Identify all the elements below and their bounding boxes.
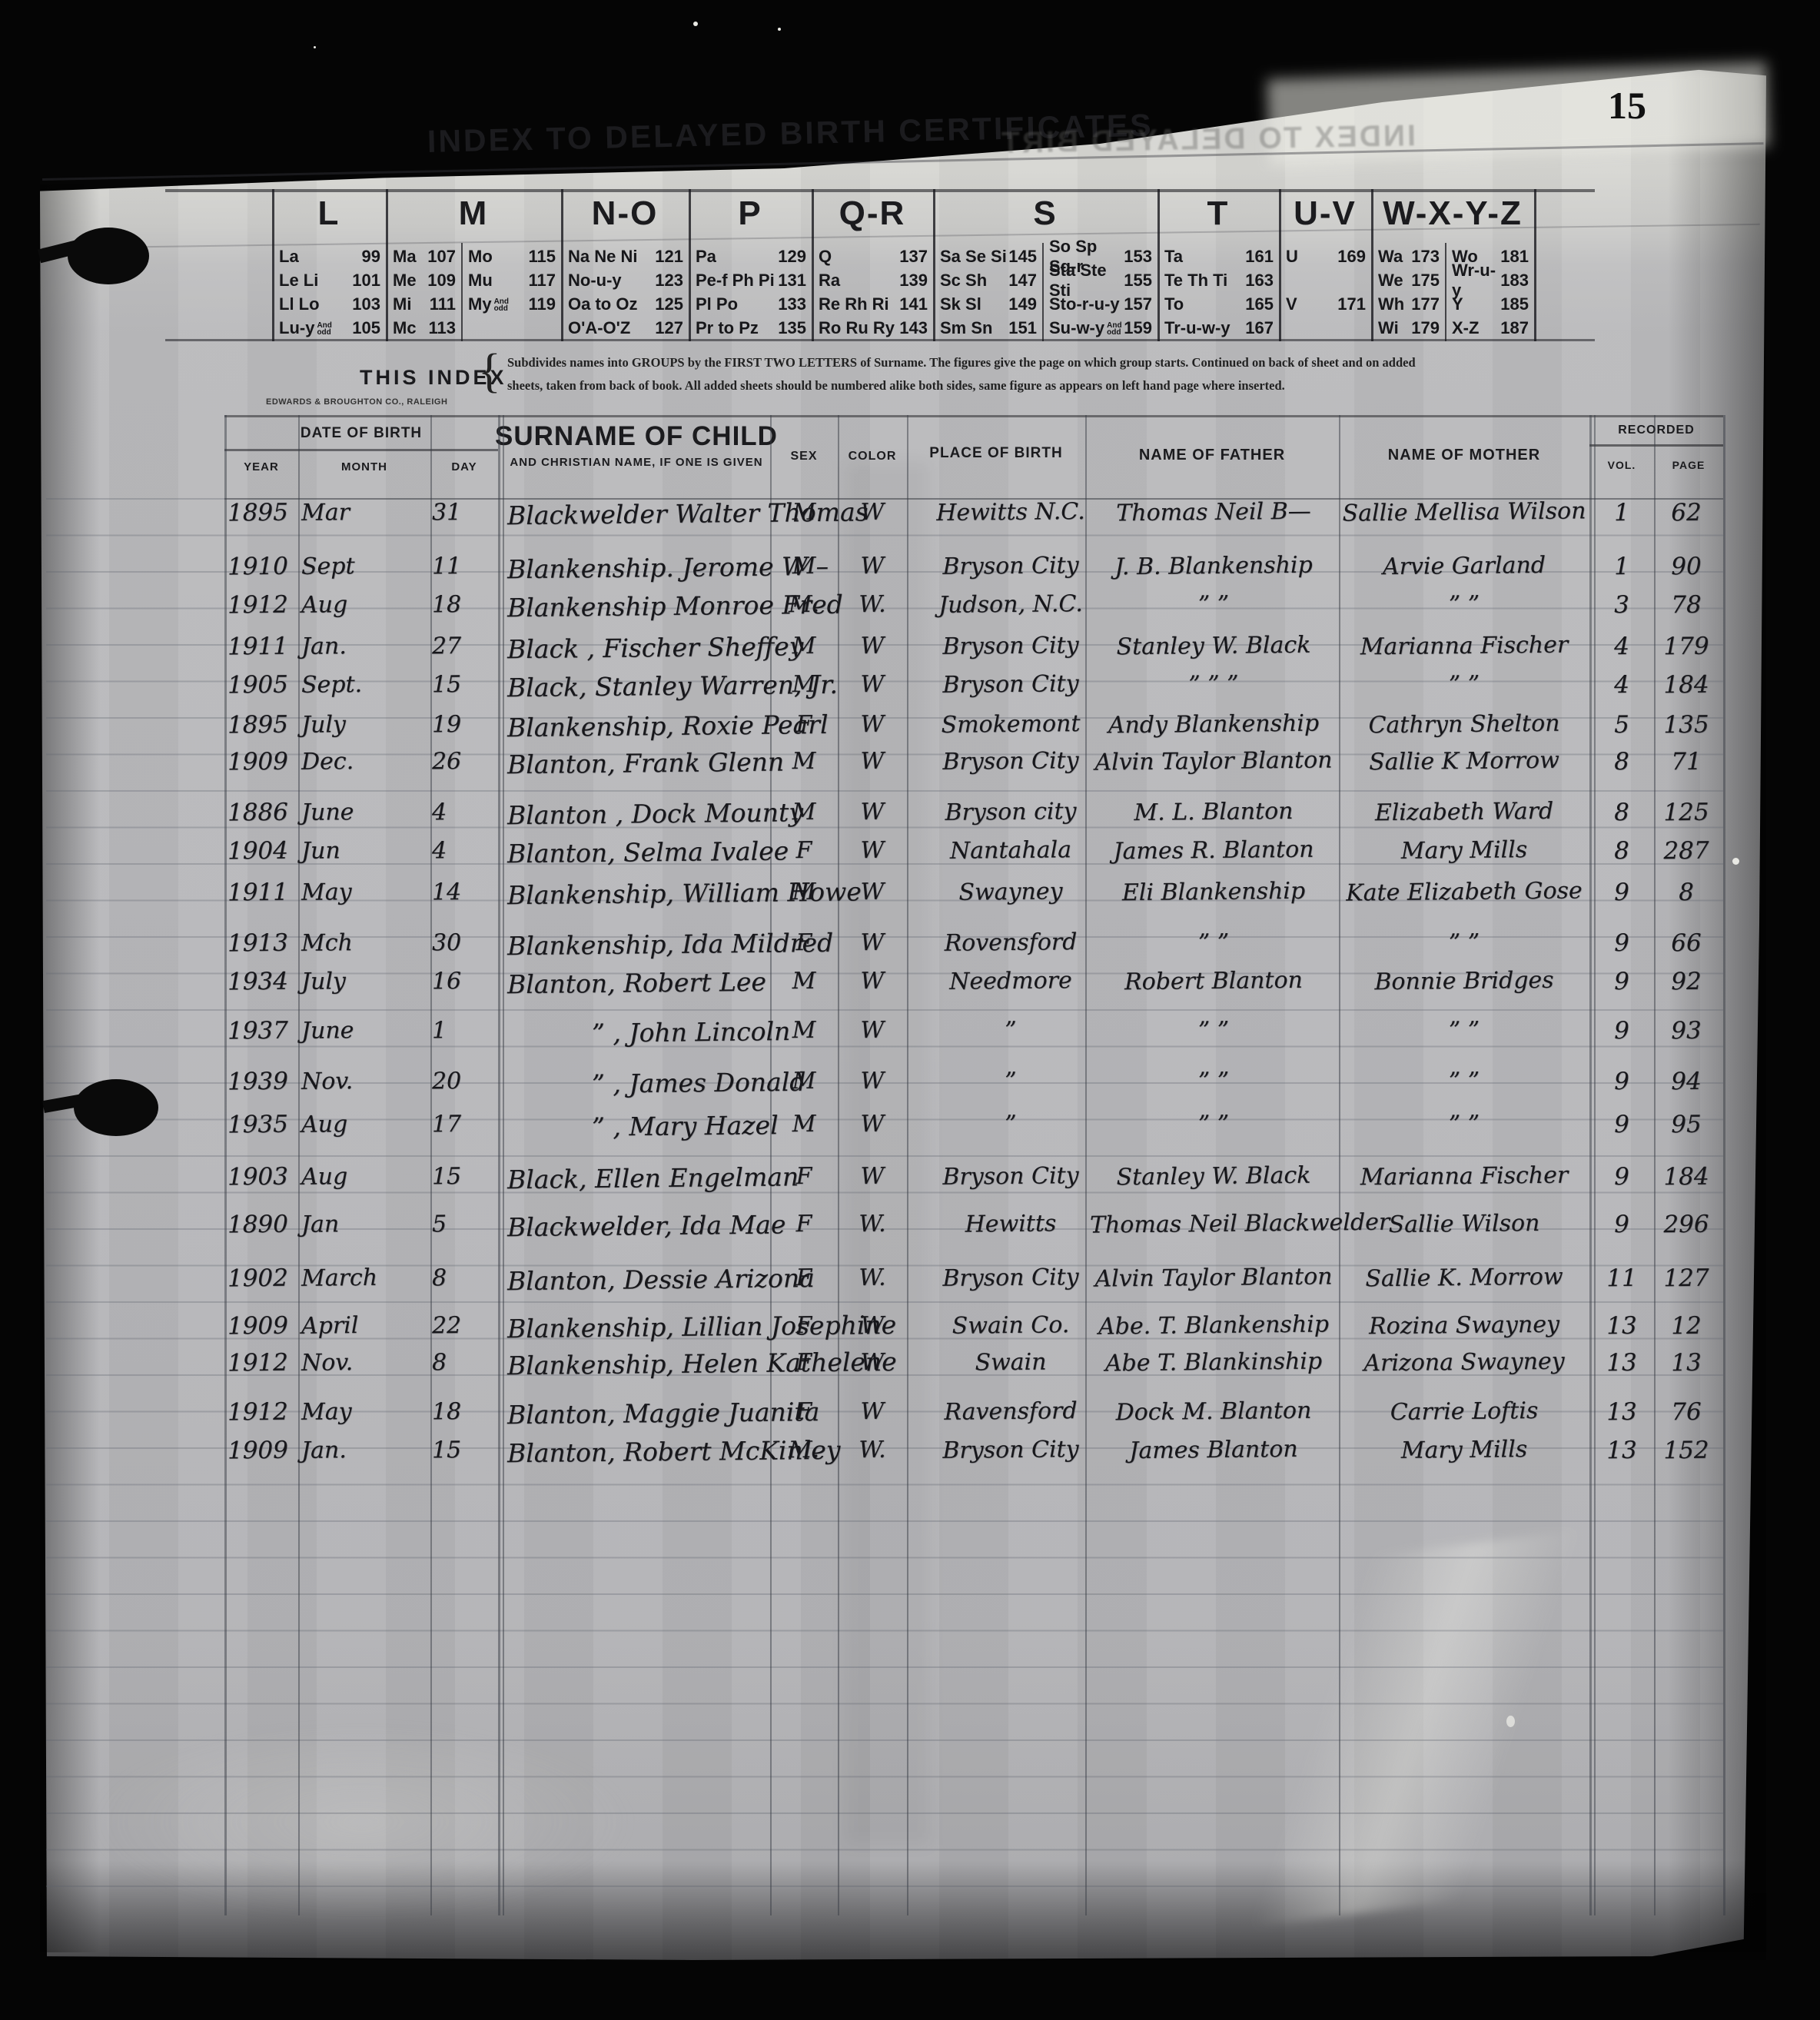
index-entry: Sk Sl149 [933, 292, 1042, 316]
cell-year: 1934 [227, 970, 298, 995]
cell-month: Aug [301, 1112, 427, 1137]
index-entry-label: Mi [393, 294, 411, 314]
index-entry-label: Me [393, 271, 417, 291]
cell-father: Stanley W. Black [1090, 633, 1337, 659]
cell-pg: 90 [1652, 555, 1720, 580]
header-sex: SEX [772, 450, 836, 463]
index-entry-page: 171 [1337, 294, 1366, 314]
cell-day: 30 [432, 932, 495, 955]
index-entry-page: 111 [430, 294, 456, 314]
index-entry: Q137 [812, 244, 933, 268]
cell-month: July [301, 969, 427, 994]
cell-pg: 127 [1652, 1267, 1720, 1291]
cell-pg: 179 [1652, 635, 1720, 659]
index-entry: Na Ne Ni121 [561, 244, 689, 268]
cell-year: 1902 [227, 1267, 298, 1291]
cell-father: Eli Blankenship [1090, 879, 1337, 905]
cell-sex: F [772, 1351, 836, 1375]
cell-color: W. [839, 1267, 905, 1291]
cell-pg: 184 [1652, 673, 1720, 698]
index-group-letter: P [689, 197, 812, 231]
index-entry-label: Pe-f Ph Pi [696, 271, 775, 291]
cell-day: 4 [432, 801, 495, 825]
index-entry-page: 101 [352, 271, 380, 291]
index-entry: Sto-r-u-y157 [1042, 292, 1157, 316]
cell-vol: 5 [1592, 713, 1651, 738]
cell-father: Stanley W. Black [1090, 1164, 1337, 1189]
index-entry-page: 175 [1411, 271, 1440, 291]
cell-vol: 3 [1592, 593, 1651, 618]
cell-father: J. B. Blankenship [1090, 553, 1337, 579]
cell-mother: Cathryn Shelton [1342, 712, 1586, 737]
cell-mother: Elizabeth Ward [1342, 799, 1586, 825]
cell-mother: Bonnie Bridges [1342, 968, 1586, 994]
index-entry: We175 [1371, 268, 1445, 292]
cell-mother: Sallie Wilson [1342, 1211, 1586, 1237]
cell-pg: 287 [1652, 839, 1720, 864]
cell-pg: 71 [1652, 750, 1720, 775]
cell-vol: 8 [1592, 750, 1651, 775]
cell-day: 15 [432, 1165, 495, 1189]
cell-pg: 62 [1652, 501, 1720, 526]
ledger-column-line [298, 415, 300, 1915]
index-group-letter: S [933, 197, 1157, 231]
cell-day: 27 [432, 635, 495, 659]
index-entry: Ma107 [386, 244, 461, 268]
header-year: YEAR [224, 461, 298, 473]
index-entry: Me109 [386, 268, 461, 292]
index-entry-label: Le Li [279, 271, 318, 291]
index-entry-and-odd-note: Andodd [494, 298, 509, 312]
cell-sex: F [772, 1213, 836, 1237]
cell-pg: 135 [1652, 713, 1720, 738]
film-speck [693, 22, 698, 26]
index-entry-label: V [1286, 294, 1297, 314]
header-date-of-birth: DATE OF BIRTH [224, 426, 498, 440]
cell-pg: 93 [1652, 1019, 1720, 1044]
index-entry-page: 169 [1337, 247, 1366, 267]
index-entry: Sta Ste Sti155 [1042, 268, 1157, 292]
film-speck [314, 46, 316, 48]
index-entry-label: Pr to Pz [696, 318, 759, 338]
cell-place: Bryson City [912, 1266, 1110, 1291]
index-entry-page: 183 [1500, 271, 1529, 291]
index-entry-page: 159 [1124, 318, 1152, 338]
index-entry-page: 103 [352, 294, 380, 314]
index-entry: Oa to Oz125 [561, 292, 689, 316]
index-entry-label: Pl Po [696, 294, 738, 314]
cell-father: ” ” [1090, 1068, 1337, 1094]
index-entry: Sm Sn151 [933, 316, 1042, 340]
microfilm-scan: INDEX TO DELAYED BIRTH CERTIFICATES INDE… [0, 0, 1820, 2020]
cell-father: ” ” [1090, 1111, 1337, 1137]
cell-mother: Mary Mills [1342, 1437, 1586, 1463]
cell-mother: Mary Mills [1342, 838, 1586, 863]
cell-sex: F [772, 1165, 836, 1189]
cell-color: W [839, 1400, 905, 1424]
cell-color: W [839, 713, 905, 737]
ledger-column-line [503, 415, 504, 1915]
index-entry-page: 155 [1124, 271, 1152, 291]
cell-place: Rovensford [912, 931, 1110, 956]
index-entry-label: Ta [1164, 247, 1183, 267]
cell-place: Hewitts [912, 1212, 1110, 1238]
index-entry-page: 187 [1500, 318, 1529, 338]
cell-month: Sept. [301, 673, 427, 697]
cell-mother: Marianna Fischer [1342, 1164, 1586, 1189]
index-entry-label: Oa to Oz [568, 294, 637, 314]
cell-sex: M [772, 635, 836, 659]
cell-sex: M. [772, 1439, 836, 1463]
index-note-line1: Subdivides names into GROUPS by the FIRS… [507, 355, 1476, 370]
index-group-letter: L [272, 197, 386, 231]
cell-day: 5 [432, 1213, 495, 1237]
index-entry: Ta161 [1157, 244, 1279, 268]
header-surname-sub: AND CHRISTIAN NAME, IF ONE IS GIVEN [471, 457, 802, 468]
cell-father: Thomas Neil B— [1090, 500, 1337, 525]
index-entry: Sa Se Si145 [933, 244, 1042, 268]
cell-place: ” [912, 1018, 1110, 1044]
index-entry-label: Sto-r-u-y [1049, 294, 1120, 314]
cell-father: Alvin Taylor Blanton [1090, 1265, 1337, 1291]
cell-father: Thomas Neil Blackwelder [1090, 1211, 1337, 1237]
cell-father: ” ” [1090, 1018, 1337, 1043]
cell-place: Nantahala [912, 839, 1110, 864]
header-color: COLOR [839, 450, 905, 463]
index-entry-label: La [279, 247, 299, 267]
cell-month: Nov. [301, 1069, 427, 1094]
cell-day: 1 [432, 1019, 495, 1043]
cell-father: Andy Blankenship [1090, 712, 1337, 737]
index-entry: Mi111 [386, 292, 461, 316]
cell-mother: Sallie K. Morrow [1342, 1265, 1586, 1291]
cell-sex: F [772, 1267, 836, 1291]
cell-color: W [839, 1165, 905, 1189]
header-surname: SURNAME OF CHILD [471, 423, 802, 450]
cell-mother: Marianna Fischer [1342, 633, 1586, 659]
cell-sex: F [772, 839, 836, 863]
cell-vol: 9 [1592, 1019, 1651, 1044]
index-entry-page: 167 [1245, 318, 1274, 338]
index-entry: Pl Po133 [689, 292, 812, 316]
cell-year: 1913 [227, 932, 298, 956]
film-speck [778, 28, 781, 31]
cell-father: Alvin Taylor Blanton [1090, 749, 1337, 774]
index-entry: Tr-u-w-y167 [1157, 316, 1279, 340]
index-entry: Ro Ru Ry143 [812, 316, 933, 340]
cell-pg: 12 [1652, 1314, 1720, 1339]
cell-color: W [839, 1351, 905, 1375]
cell-vol: 11 [1592, 1267, 1651, 1291]
cell-sex: M [772, 881, 836, 905]
cell-father: Abe. T. Blankenship [1090, 1313, 1337, 1338]
cell-mother: ” ” [1342, 930, 1586, 955]
cell-color: W [839, 555, 905, 579]
index-entry: Pa129 [689, 244, 812, 268]
index-entry-and-odd-note: Andodd [317, 322, 331, 336]
index-entry: Ra139 [812, 268, 933, 292]
index-entry-label: Ra [819, 271, 840, 291]
index-entry-label: Q [819, 247, 832, 267]
index-entry-label: Wh [1378, 294, 1404, 314]
cell-sex: M [772, 1070, 836, 1094]
index-entry-page: 141 [899, 294, 928, 314]
header-vol: VOL. [1589, 460, 1654, 470]
date-underline [224, 449, 498, 451]
index-entry-and-odd-note: Andodd [1107, 322, 1121, 336]
cell-day: 15 [432, 1439, 495, 1463]
cell-mother: ” ” [1342, 592, 1586, 617]
cell-vol: 9 [1592, 1070, 1651, 1095]
index-group-letter: W-X-Y-Z [1371, 197, 1534, 231]
cell-place: Bryson City [912, 749, 1110, 775]
index-entry-page: 113 [429, 318, 457, 338]
index-entry-page: 181 [1500, 247, 1529, 267]
cell-sex: F [772, 1400, 836, 1424]
index-entry-page: 147 [1008, 271, 1037, 291]
cell-day: 20 [432, 1070, 495, 1094]
cell-month: July [301, 713, 427, 737]
cell-month: Aug [301, 593, 427, 617]
cell-sex: M [772, 1019, 836, 1043]
index-entry-label: Tr-u-w-y [1164, 318, 1230, 338]
index-entry-page: 131 [778, 271, 806, 291]
cell-place: Ravensford [912, 1400, 1110, 1425]
cell-color: W [839, 881, 905, 905]
cell-month: Mch [301, 931, 427, 955]
cell-year: 1890 [227, 1213, 298, 1238]
index-entry-page: 125 [655, 294, 683, 314]
index-entry-page: 145 [1008, 247, 1037, 267]
index-entry-page: 151 [1008, 318, 1037, 338]
header-mother: NAME OF MOTHER [1339, 447, 1589, 463]
cell-pg: 66 [1652, 932, 1720, 956]
cell-place: Bryson City [912, 1164, 1110, 1190]
cell-month: Dec. [301, 749, 427, 774]
cell-year: 1912 [227, 1400, 298, 1425]
index-entry-page: 109 [427, 271, 456, 291]
index-entry-page: 143 [899, 318, 928, 338]
ghost-title-bleedthrough: INDEX TO DELAYED BIRT [999, 121, 1416, 158]
cell-pg: 92 [1652, 970, 1720, 995]
index-entry-label: Sk Sl [940, 294, 981, 314]
cell-year: 1895 [227, 501, 298, 526]
index-entry-label: Pa [696, 247, 716, 267]
index-entry-page: 185 [1500, 294, 1529, 314]
cell-vol: 8 [1592, 839, 1651, 864]
cell-vol: 9 [1592, 970, 1651, 995]
cell-sex: M [772, 501, 836, 525]
cell-father: James Blanton [1090, 1437, 1337, 1463]
index-entry: X-Z187 [1445, 316, 1534, 340]
cell-place: Swayney [912, 880, 1110, 905]
cell-vol: 9 [1592, 1213, 1651, 1238]
cell-mother: Kate Elizabeth Gose [1342, 879, 1586, 905]
cell-sex: M [772, 555, 836, 579]
cell-month: June [301, 800, 427, 825]
cell-vol: 4 [1592, 673, 1651, 698]
cell-father: ” ” [1090, 592, 1337, 617]
index-entry-label: To [1164, 294, 1184, 314]
cell-father: M. L. Blanton [1090, 799, 1337, 825]
index-group-letter: N-O [561, 197, 689, 231]
index-entry-label: X-Z [1452, 318, 1479, 338]
cell-mother: Rozina Swayney [1342, 1313, 1586, 1338]
index-group-letter: M [386, 197, 561, 231]
index-entry-page: 129 [778, 247, 806, 267]
cell-mother: Carrie Loftis [1342, 1399, 1586, 1424]
index-entry-page: 135 [778, 318, 806, 338]
ledger-column-line [1589, 415, 1592, 1915]
index-entry: Mu117 [461, 268, 561, 292]
index-entry: Mo115 [461, 244, 561, 268]
index-entry-label: Lu-yAndodd [279, 318, 332, 338]
cell-day: 18 [432, 1400, 495, 1424]
index-entry-page: 99 [362, 247, 380, 267]
cell-sex: M [772, 801, 836, 825]
ledger-column-line [907, 415, 908, 1915]
cell-color: W [839, 801, 905, 825]
index-entry-label: Ma [393, 247, 417, 267]
cell-month: May [301, 1400, 427, 1424]
index-entry: Le Li101 [272, 268, 386, 292]
cell-day: 16 [432, 970, 495, 994]
cell-year: 1886 [227, 801, 298, 826]
index-entry: Wh177 [1371, 292, 1445, 316]
index-entry: Wr-u-y183 [1445, 268, 1534, 292]
cell-mother: ” ” [1342, 1018, 1586, 1043]
index-entry-page: 117 [529, 271, 556, 291]
cell-father: Dock M. Blanton [1090, 1399, 1337, 1424]
index-entry-label: Na Ne Ni [568, 247, 637, 267]
index-entry-page: 163 [1245, 271, 1274, 291]
cell-father: ” ” [1090, 930, 1337, 955]
cell-month: Nov. [301, 1351, 427, 1375]
index-right-border [1534, 189, 1536, 341]
index-entry-label: U [1286, 247, 1298, 267]
cell-day: 18 [432, 593, 495, 617]
cell-year: 1912 [227, 1351, 298, 1376]
index-entry: No-u-y123 [561, 268, 689, 292]
index-entry: MyAndodd119 [461, 292, 561, 316]
index-entry-label: Wi [1378, 318, 1399, 338]
cell-color: W [839, 501, 905, 525]
cell-place: Bryson City [912, 634, 1110, 659]
index-entry-page: 177 [1411, 294, 1440, 314]
index-entry-label: O'A-O'Z [568, 318, 630, 338]
index-entry: Y185 [1445, 292, 1534, 316]
cell-color: W [839, 1019, 905, 1043]
cell-place: Smokemont [912, 713, 1110, 738]
table-top-border [224, 415, 1723, 417]
index-entry-page: 121 [655, 247, 683, 267]
index-entry-label: Y [1452, 294, 1463, 314]
index-entry-label: Te Th Ti [1164, 271, 1227, 291]
cell-pg: 125 [1652, 801, 1720, 826]
cell-month: Aug [301, 1164, 427, 1189]
index-entry-page: 173 [1411, 247, 1440, 267]
ledger-column-line [224, 415, 227, 1915]
cell-color: W [839, 1070, 905, 1094]
cell-father: James R. Blanton [1090, 838, 1337, 863]
cell-month: Jan. [301, 1438, 427, 1463]
letter-index-top-border [165, 189, 1595, 192]
ledger-column-line [498, 415, 500, 1915]
cell-vol: 9 [1592, 1113, 1651, 1138]
index-note-line2: sheets, taken from back of book. All add… [507, 378, 1476, 394]
index-group-letter: T [1157, 197, 1279, 231]
cell-mother: Sallie Mellisa Wilson [1342, 500, 1586, 525]
cell-color: W [839, 750, 905, 774]
cell-pg: 94 [1652, 1070, 1720, 1095]
cell-day: 14 [432, 881, 495, 905]
cell-pg: 8 [1652, 881, 1720, 905]
cell-month: May [301, 880, 427, 905]
index-entry-page: 119 [529, 294, 556, 314]
cell-vol: 1 [1592, 555, 1651, 580]
cell-year: 1912 [227, 593, 298, 618]
cell-sex: M. [772, 593, 836, 617]
header-recorded: RECORDED [1589, 424, 1723, 437]
cell-color: W [839, 932, 905, 955]
cell-mother: Arizona Swayney [1342, 1350, 1586, 1375]
cell-vol: 9 [1592, 881, 1651, 905]
header-month: MONTH [298, 461, 430, 473]
cell-color: W. [839, 1439, 905, 1463]
index-entry: Te Th Ti163 [1157, 268, 1279, 292]
cell-father: Abe T. Blankinship [1090, 1350, 1337, 1375]
index-entry: Mc113 [386, 316, 461, 340]
cell-year: 1911 [227, 881, 298, 905]
cell-day: 8 [432, 1351, 495, 1375]
index-entry-page: 107 [427, 247, 456, 267]
printer-imprint: EDWARDS & BROUGHTON CO., RALEIGH [266, 398, 447, 407]
index-entry-page: 179 [1411, 318, 1440, 338]
cell-month: April [301, 1314, 427, 1338]
index-entry-label: Sm Sn [940, 318, 992, 338]
index-entry: La99 [272, 244, 386, 268]
index-entry-label: No-u-y [568, 271, 622, 291]
cell-color: W [839, 970, 905, 994]
index-note-brace: { [478, 344, 501, 399]
index-entry-page: 157 [1124, 294, 1152, 314]
cell-vol: 4 [1592, 635, 1651, 659]
index-entry-label: Re Rh Ri [819, 294, 889, 314]
cell-month: Jan. [301, 634, 427, 659]
page-number: 15 [1608, 83, 1646, 128]
cell-year: 1903 [227, 1165, 298, 1190]
cell-year: 1911 [227, 635, 298, 659]
cell-year: 1905 [227, 673, 298, 698]
cell-month: Jun [301, 839, 427, 863]
cell-vol: 1 [1592, 501, 1651, 526]
header-page: PAGE [1654, 460, 1723, 470]
cell-mother: ” ” [1342, 672, 1586, 697]
index-entry-label: Ro Ru Ry [819, 318, 895, 338]
index-entry-page: 137 [899, 247, 928, 267]
index-entry: O'A-O'Z127 [561, 316, 689, 340]
cell-year: 1937 [227, 1019, 298, 1044]
index-entry-label: We [1378, 271, 1403, 291]
index-entry-page: 127 [655, 318, 683, 338]
index-entry: Sc Sh147 [933, 268, 1042, 292]
cell-pg: 184 [1652, 1165, 1720, 1190]
cell-month: Jan [301, 1212, 427, 1237]
cell-place: Needmore [912, 969, 1110, 995]
index-entry: Su-w-yAndodd159 [1042, 316, 1157, 340]
cell-mother: ” ” [1342, 1111, 1586, 1137]
cell-month: June [301, 1018, 427, 1043]
